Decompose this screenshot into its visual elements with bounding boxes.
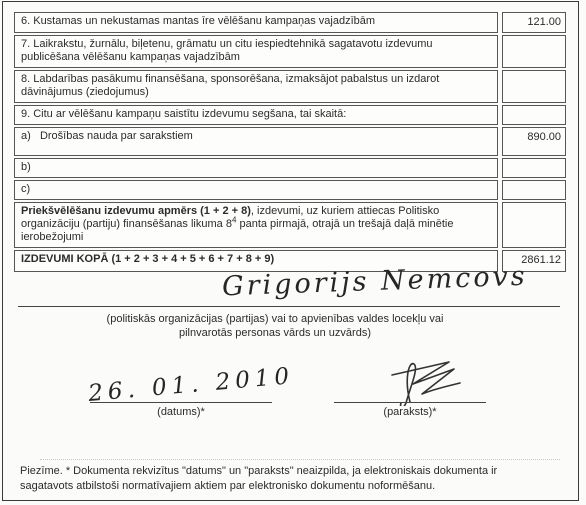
row-9b-value [502,158,566,178]
row-9-value [502,105,566,125]
table-row-9c: c) [14,180,566,200]
table-row-9: 9. Citu ar vēlēšanu kampaņu saistītu izd… [14,105,566,125]
signature-caption: (paraksts)* [334,406,486,418]
name-signature-line [18,306,560,307]
row-6-value: 121.00 [502,12,566,33]
pre-election-limit-value [502,202,566,248]
expenditure-table: 6. Kustamas un nekustamas mantas īre vēl… [14,12,566,274]
signature-line [334,402,486,403]
row-9b-label: b) [14,158,498,178]
pre-election-limit-label-bold: Priekšvēlēšanu izdevumu apmērs (1 + 2 + … [21,205,251,217]
row-9-label: 9. Citu ar vēlēšanu kampaņu saistītu izd… [14,105,498,125]
row-8-value [502,70,566,103]
signature-scribble-icon [352,356,482,406]
row-9c-label: c) [14,180,498,200]
table-row-9a: a) Drošības nauda par sarakstiem 890.00 [14,127,566,156]
table-row-7: 7. Laikrakstu, žurnālu, biļetenu, grāmat… [14,35,566,68]
name-caption: (politiskās organizācijas (partijas) vai… [20,312,530,340]
row-9a-label: a) Drošības nauda par sarakstiem [14,127,498,156]
date-caption: (datums)* [90,406,272,418]
table-row-pre-election-limit: Priekšvēlēšanu izdevumu apmērs (1 + 2 + … [14,202,566,248]
table-row-6: 6. Kustamas un nekustamas mantas īre vēl… [14,12,566,33]
handwritten-date: 26. 01. 2010 [87,363,295,407]
date-line [90,402,272,403]
row-9c-value [502,180,566,200]
pre-election-limit-label: Priekšvēlēšanu izdevumu apmērs (1 + 2 + … [14,202,498,248]
row-6-label: 6. Kustamas un nekustamas mantas īre vēl… [14,12,498,33]
row-7-value [502,35,566,68]
row-9a-value: 890.00 [502,127,566,156]
row-7-label: 7. Laikrakstu, žurnālu, biļetenu, grāmat… [14,35,498,68]
table-row-9b: b) [14,158,566,178]
footnote-divider [40,459,560,460]
name-caption-line2: pilnvarotās personas vārds un uzvārds) [20,326,530,340]
footnote: Piezīme. * Dokumenta rekvizītus "datums"… [20,464,548,494]
table-row-8: 8. Labdarības pasākumu finansēšana, spon… [14,70,566,103]
row-8-label: 8. Labdarības pasākumu finansēšana, spon… [14,70,498,103]
name-caption-line1: (politiskās organizācijas (partijas) vai… [20,312,530,326]
